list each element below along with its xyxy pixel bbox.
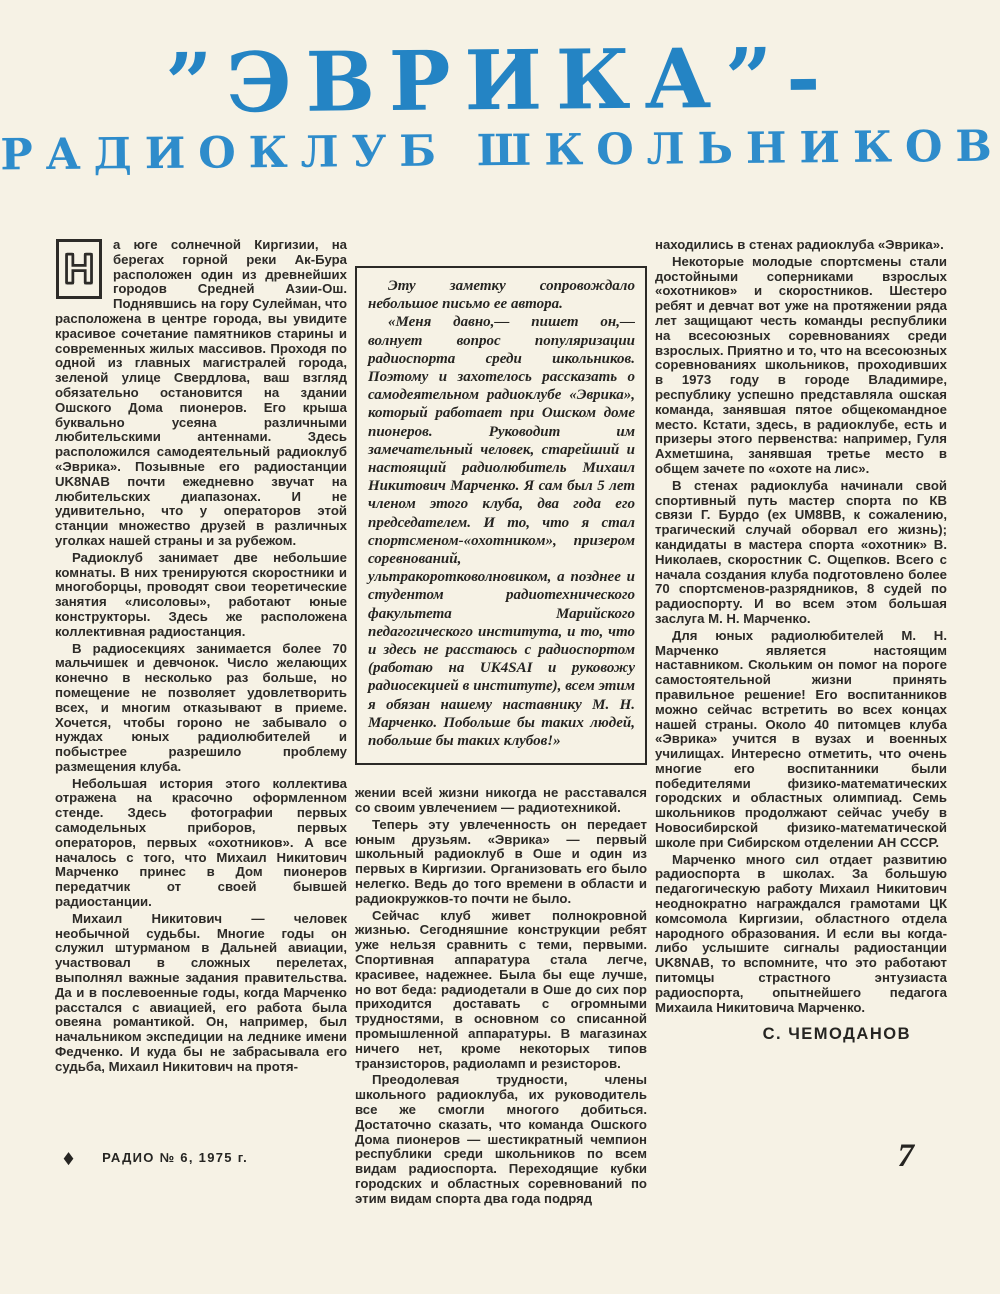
article-title: ”ЭВРИКА”- (0, 36, 1000, 127)
paragraph-lead: На юге солнечной Киргизии, на берегах го… (55, 238, 347, 549)
paragraph: Сейчас клуб живет полнокровной жизнью. С… (355, 909, 647, 1072)
paragraph: Небольшая история этого коллектива отраж… (55, 777, 347, 910)
paragraph: В радиосекциях занимается более 70 мальч… (55, 642, 347, 775)
paragraph-continuation: находились в стенах радиоклуба «Эврика». (655, 238, 947, 253)
paragraph: Теперь эту увлеченность он передает юным… (355, 818, 647, 907)
paragraph: Для юных радиолюбителей М. Н. Марченко я… (655, 629, 947, 851)
paragraph: Марченко много сил отдает развитию радио… (655, 853, 947, 1016)
journal-imprint: ◆ РАДИО № 6, 1975 г. (62, 1149, 248, 1166)
column-3: находились в стенах радиоклуба «Эврика».… (655, 238, 947, 1209)
paragraph: Преодолевая трудности, члены школьного р… (355, 1073, 647, 1206)
paragraph-continuation: жении всей жизни никогда не расставался … (355, 786, 647, 816)
paragraph: Некоторые молодые спортсмены стали досто… (655, 255, 947, 477)
paragraph: В стенах радиоклуба начинали свой спорти… (655, 479, 947, 627)
article-body: На юге солнечной Киргизии, на берегах го… (55, 238, 947, 1209)
article-header: ”ЭВРИКА”- РАДИОКЛУБ ШКОЛЬНИКОВ (0, 36, 1000, 178)
reader-letter-box: Эту заметку сопровождало небольшое письм… (355, 266, 647, 765)
letter-paragraph: Эту заметку сопровождало небольшое письм… (368, 277, 635, 313)
letter-paragraph: «Меня давно,— пишет он,—волнует вопрос п… (368, 313, 635, 750)
author-byline: С. ЧЕМОДАНОВ (655, 1025, 947, 1044)
paragraph: Михаил Никитович — человек необычной суд… (55, 912, 347, 1075)
column-1: На юге солнечной Киргизии, на берегах го… (55, 238, 347, 1209)
page-number: 7 (898, 1138, 915, 1175)
dropcap-frame: Н (56, 239, 102, 299)
dropcap-letter: Н (64, 248, 94, 290)
magazine-page: ”ЭВРИКА”- РАДИОКЛУБ ШКОЛЬНИКОВ На юге со… (0, 0, 1000, 1294)
journal-issue-label: РАДИО № 6, 1975 г. (102, 1150, 248, 1165)
paragraph: Радиоклуб занимает две небольшие комнаты… (55, 551, 347, 640)
article-subtitle: РАДИОКЛУБ ШКОЛЬНИКОВ (0, 126, 1000, 178)
column-2: Эту заметку сопровождало небольшое письм… (355, 238, 647, 1209)
diamond-icon: ◆ (64, 1149, 74, 1166)
